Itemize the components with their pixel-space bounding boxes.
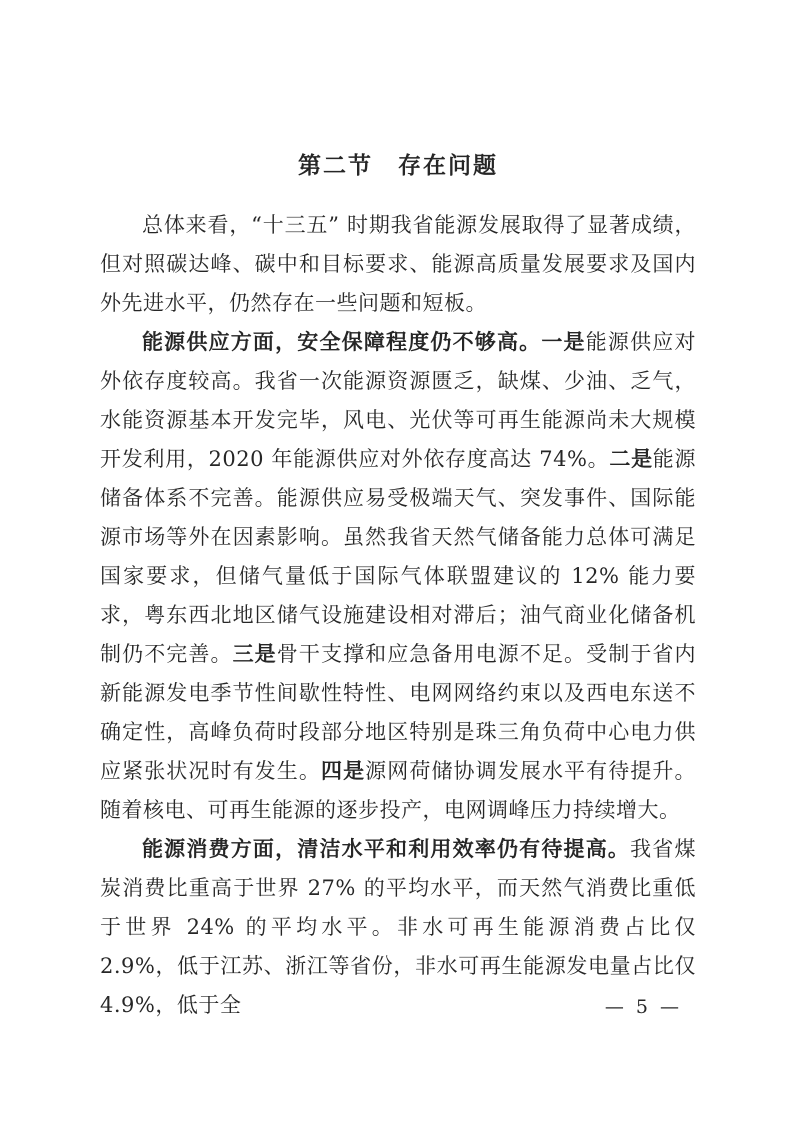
section-title: 第二节 存在问题 xyxy=(100,147,696,180)
paragraph-overview: 总体来看，“十三五” 时期我省能源发展取得了显著成绩，但对照碳达峰、碳中和目标要… xyxy=(100,206,696,323)
energy-supply-bold-lead: 能源供应方面，安全保障程度仍不够高。一是 xyxy=(142,331,586,354)
energy-supply-segment-2: 能源储备体系不完善。能源供应易受极端天气、突发事件、国际能源市场等外在因素影响。… xyxy=(100,447,696,666)
energy-consumption-segment-1: 我省煤炭消费比重高于世界 27% 的平均水平，而天然气消费比重低于世界 24% … xyxy=(100,837,696,1017)
energy-supply-bold-marker-3: 三是 xyxy=(233,643,277,666)
document-body: 总体来看，“十三五” 时期我省能源发展取得了显著成绩，但对照碳达峰、碳中和目标要… xyxy=(100,206,696,1025)
energy-supply-bold-marker-2: 二是 xyxy=(609,448,652,471)
overview-text: 总体来看，“十三五” 时期我省能源发展取得了显著成绩，但对照碳达峰、碳中和目标要… xyxy=(100,213,696,315)
energy-supply-bold-marker-4: 四是 xyxy=(321,760,365,783)
page-number: — 5 — xyxy=(605,996,682,1018)
paragraph-energy-supply: 能源供应方面，安全保障程度仍不够高。一是能源供应对外依存度较高。我省一次能源资源… xyxy=(100,323,696,830)
energy-consumption-bold-lead: 能源消费方面，清洁水平和利用效率仍有待提高。 xyxy=(142,838,630,861)
document-page: 第二节 存在问题 总体来看，“十三五” 时期我省能源发展取得了显著成绩，但对照碳… xyxy=(0,0,794,1123)
